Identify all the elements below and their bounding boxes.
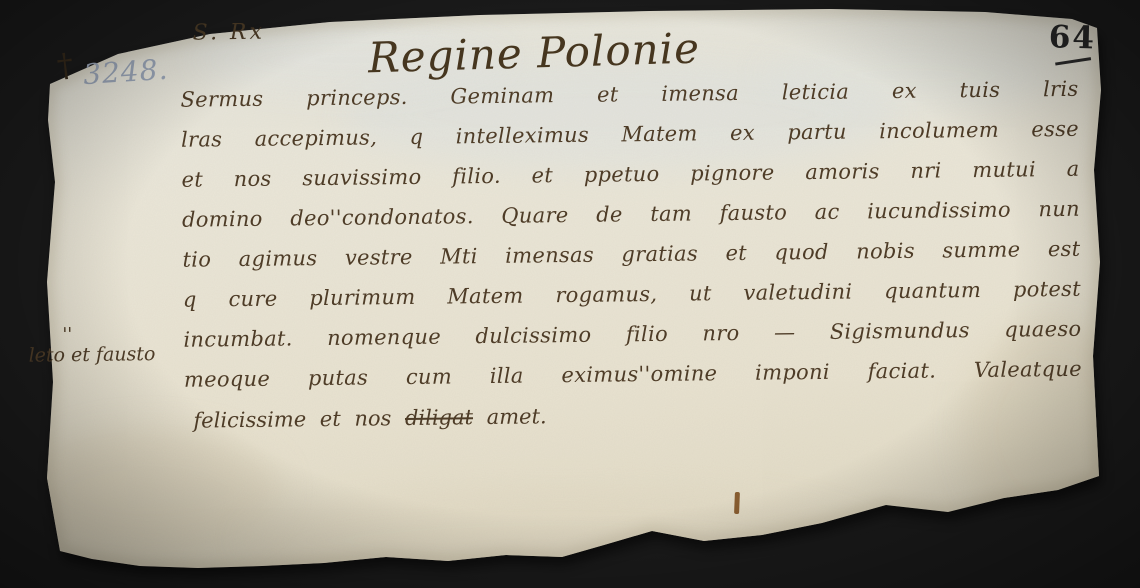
body-line: Sermus princeps. Geminam et imensa letic…: [180, 78, 1078, 112]
struck-word: diligat: [405, 405, 473, 430]
body-line: lras accepimus, q intelleximus Matem ex …: [181, 118, 1079, 152]
margin-note: leto et fausto: [29, 343, 189, 367]
margin-insertion-mark: '': [62, 324, 72, 345]
body-line: et nos suavissimo filio. et ppetuo pigno…: [181, 158, 1079, 192]
body-line: tio agimus vestre Mti imensas gratias et…: [182, 238, 1080, 272]
ink-blot: [734, 492, 740, 514]
archive-cross-mark: †: [55, 45, 75, 85]
body-line: q cure plurimum Matem rogamus, ut valetu…: [183, 278, 1081, 312]
letter-title: Regine Polonie: [348, 23, 719, 83]
body-line: meoque putas cum illa eximus''omine impo…: [184, 358, 1082, 392]
photo-background: † 3248. S. Rx Regine Polonie 64 Sermus p…: [0, 0, 1140, 588]
closing-line: felicissime et nos diligat amet.: [193, 404, 546, 432]
closing-line-before: felicissime et nos: [193, 406, 405, 433]
folio-stamp-underline: [1055, 57, 1091, 65]
body-line: domino deo''condonatos. Quare de tam fau…: [182, 198, 1080, 232]
folio-number-stamp: 64: [1048, 19, 1096, 56]
secretarial-mark: S. Rx: [193, 20, 266, 46]
body-line: incumbat. nomenque dulcissimo filio nro …: [183, 318, 1081, 352]
closing-line-after: amet.: [473, 404, 547, 429]
manuscript-content: † 3248. S. Rx Regine Polonie 64 Sermus p…: [0, 0, 1140, 588]
archive-number: 3248.: [82, 53, 169, 91]
